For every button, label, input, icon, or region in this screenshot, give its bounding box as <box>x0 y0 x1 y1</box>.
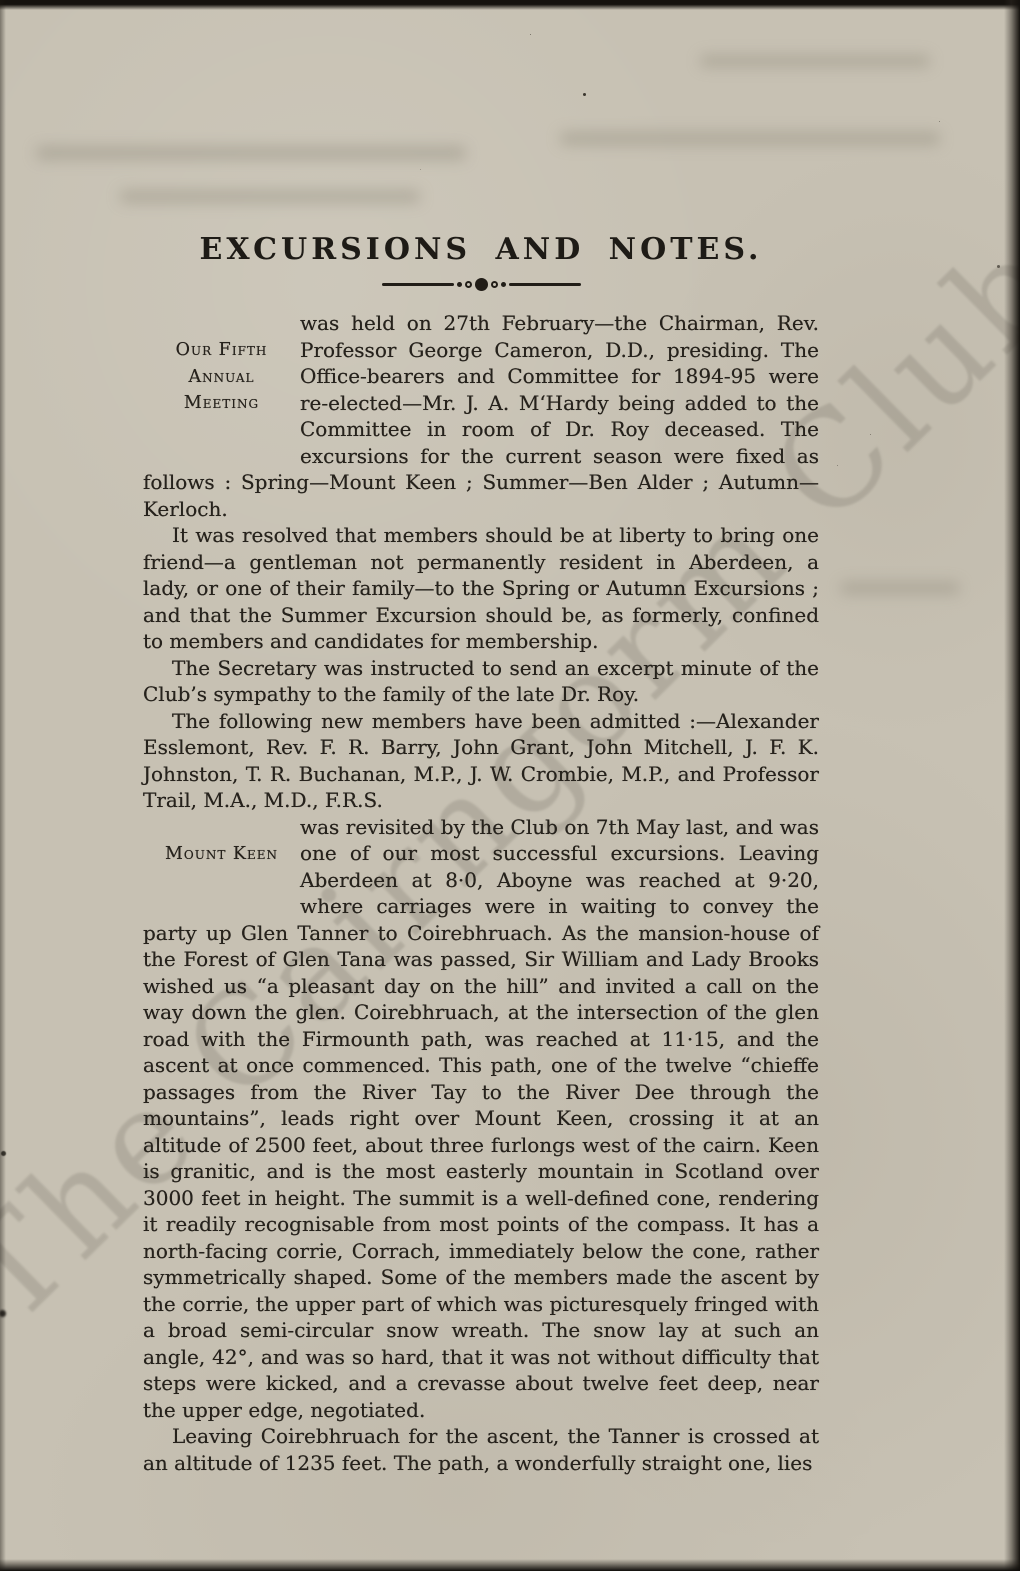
divider-ornament <box>143 278 819 291</box>
page-title: EXCURSIONS AND NOTES. <box>143 233 819 267</box>
paragraph-mount-keen: Mount Keen was revisited by the Club on … <box>143 814 819 1424</box>
sidenote-line: Meeting <box>184 393 259 413</box>
showthrough-smudge <box>700 55 930 67</box>
paragraph-new-members: The following new members have been admi… <box>143 708 819 814</box>
paragraph-ascent-start: Leaving Coirebhruach for the ascent, the… <box>143 1423 819 1476</box>
scan-edge-bottom <box>0 1559 1020 1571</box>
scanned-book-page: The Cairngorm Club EXCURSIONS AND NOTES.… <box>0 0 1020 1571</box>
sidenote-line: Mount Keen <box>165 844 278 864</box>
showthrough-smudge <box>36 146 466 160</box>
showthrough-smudge <box>120 190 420 203</box>
ornament-ring <box>491 281 498 288</box>
paragraph-text: Leaving Coirebhruach for the ascent, the… <box>143 1424 819 1475</box>
ornament-line <box>509 283 581 286</box>
ornament-dot <box>457 282 462 287</box>
paragraph-secretary-sympathy: The Secretary was instructed to send an … <box>143 655 819 708</box>
paragraph-annual-meeting: Our Fifth Annual Meeting was held on 27t… <box>143 310 819 522</box>
ornament-line <box>382 283 454 286</box>
showthrough-smudge <box>560 132 940 145</box>
sidenote-line: Our Fifth <box>176 340 268 360</box>
sidenote-line: Annual <box>188 367 254 387</box>
paragraph-text: The following new members have been admi… <box>143 709 819 813</box>
ornament-center-blob <box>475 278 488 291</box>
page-text-column: EXCURSIONS AND NOTES. Our Fifth Annual M… <box>143 233 819 1476</box>
paragraph-text: The Secretary was instructed to send an … <box>143 656 819 707</box>
showthrough-smudge <box>840 582 960 594</box>
sidenote-mount-keen: Mount Keen <box>143 814 300 868</box>
ornament-dot <box>501 282 506 287</box>
paragraph-text: It was resolved that members should be a… <box>143 523 819 653</box>
sidenote-spacer: Our Fifth Annual Meeting <box>143 310 300 443</box>
ornament-ring <box>465 281 472 288</box>
scan-edge-right <box>1004 0 1020 1571</box>
paragraph-text: was revisited by the Club on 7th May las… <box>143 815 819 1422</box>
sidenote-our-fifth-annual-meeting: Our Fifth Annual Meeting <box>143 310 300 417</box>
scan-edge-top <box>0 0 1020 10</box>
scan-edge-left <box>0 0 6 1571</box>
sidenote-spacer: Mount Keen <box>143 814 300 894</box>
paragraph-guest-rules: It was resolved that members should be a… <box>143 522 819 655</box>
